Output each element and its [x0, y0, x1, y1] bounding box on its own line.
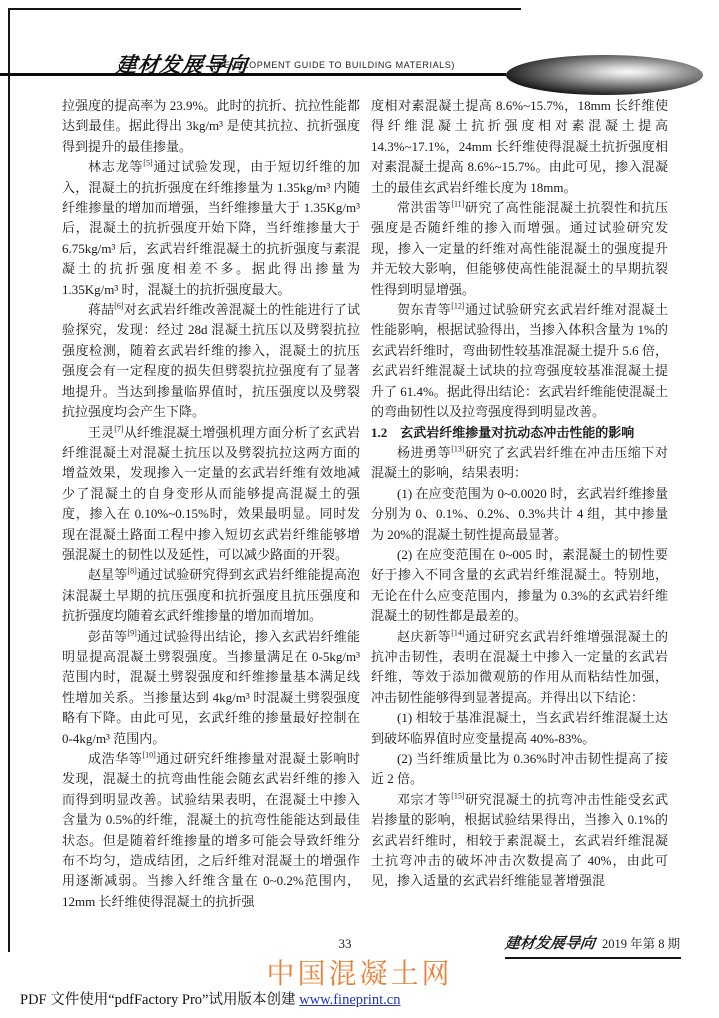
paragraph: (2) 当纤维质量比为 0.36%时冲击韧性提高了接近 2 倍。: [371, 749, 668, 790]
paragraph: 王灵[7]从纤维混凝土增强机理方面分析了玄武岩纤维混凝土对混凝土抗压以及劈裂抗拉…: [62, 423, 360, 566]
page-number: 33: [325, 936, 365, 952]
pdf-trial-notice-text: PDF 文件使用“pdfFactory Pro”试用版本创建: [20, 992, 299, 1008]
footer-issue: 2019 年第 8 期: [602, 937, 680, 951]
paragraph: (1) 相较于基准混凝土，当玄武岩纤维混凝土达到破坏临界值时应变量提高 40%-…: [371, 708, 668, 749]
fineprint-link[interactable]: www.fineprint.cn: [299, 992, 400, 1008]
watermark-text: 中国混凝土网: [0, 952, 719, 992]
paper-page: 建材发展导向 (DEVELOPMENT GUIDE TO BUILDING MA…: [0, 0, 719, 1018]
paragraph: 贺东青等[12]通过试验研究玄武岩纤维对混凝土性能影响，根据试验得出，当掺入体积…: [371, 300, 668, 422]
header-rule: [0, 73, 506, 76]
right-column: 度相对素混凝土提高 8.6%~15.7%，18mm 长纤维使得纤维混凝土抗折强度…: [371, 96, 668, 892]
paragraph: 成浩华等[10]通过研究纤维掺量对混凝土影响时发现，混凝土的抗弯曲性能会随玄武岩…: [62, 749, 360, 912]
paragraph: 赵庆新等[14]通过研究玄武岩纤维增强混凝土的抗冲击韧性，表明在混凝土中掺入一定…: [371, 627, 668, 709]
paragraph: 度相对素混凝土提高 8.6%~15.7%，18mm 长纤维使得纤维混凝土抗折强度…: [371, 96, 668, 198]
paragraph: 邓宗才等[15]研究混凝土的抗弯冲击性能受玄武岩掺量的影响，根据试验结果得出，当…: [371, 790, 668, 892]
footer-journal-logo: 建材发展导向: [504, 932, 597, 953]
paragraph: 蒋喆[6]对玄武岩纤维改善混凝土的性能进行了试验探究，发现：经过 28d 混凝土…: [62, 300, 360, 422]
paragraph: 常洪雷等[11]研究了高性能混凝土抗裂性和抗压强度是否随纤维的掺入而增强。通过试…: [371, 198, 668, 300]
paragraph: 拉强度的提高率为 23.9%。此时的抗折、抗拉性能都达到最佳。据此得出 3kg/…: [62, 96, 360, 157]
page-left-border: [8, 8, 10, 952]
paragraph: 赵星等[8]通过试验研究得到玄武岩纤维能提高泡沫混凝土早期的抗压强度和抗折强度且…: [62, 565, 360, 626]
paragraph: (1) 在应变范围为 0~0.0020 时，玄武岩纤维掺量分别为 0、0.1%、…: [371, 484, 668, 545]
header-ellipse-graphic: [506, 55, 703, 95]
page-top-border: [8, 8, 521, 10]
left-column: 拉强度的提高率为 23.9%。此时的抗折、抗拉性能都达到最佳。据此得出 3kg/…: [62, 96, 360, 912]
section-heading-1-2: 1.2 玄武岩纤维掺量对抗动态冲击性能的影响: [371, 423, 668, 443]
journal-subtitle: (DEVELOPMENT GUIDE TO BUILDING MATERIALS…: [213, 60, 455, 70]
paragraph: (2) 在应变范围在 0~005 时，素混凝土的韧性要好于掺入不同含量的玄武岩纤…: [371, 545, 668, 627]
paragraph: 林志龙等[5]通过试验发现，由于短切纤维的加入，混凝土的抗折强度在纤维掺量为 1…: [62, 157, 360, 300]
pdf-trial-notice: PDF 文件使用“pdfFactory Pro”试用版本创建 www.finep…: [20, 988, 400, 1009]
paragraph: 杨进勇等[13]研究了玄武岩纤维在冲击压缩下对混凝土的影响，结果表明：: [371, 443, 668, 484]
paragraph: 彭苗等[9]通过试验得出结论，掺入玄武岩纤维能明显提高混凝土劈裂强度。当掺量满足…: [62, 627, 360, 749]
